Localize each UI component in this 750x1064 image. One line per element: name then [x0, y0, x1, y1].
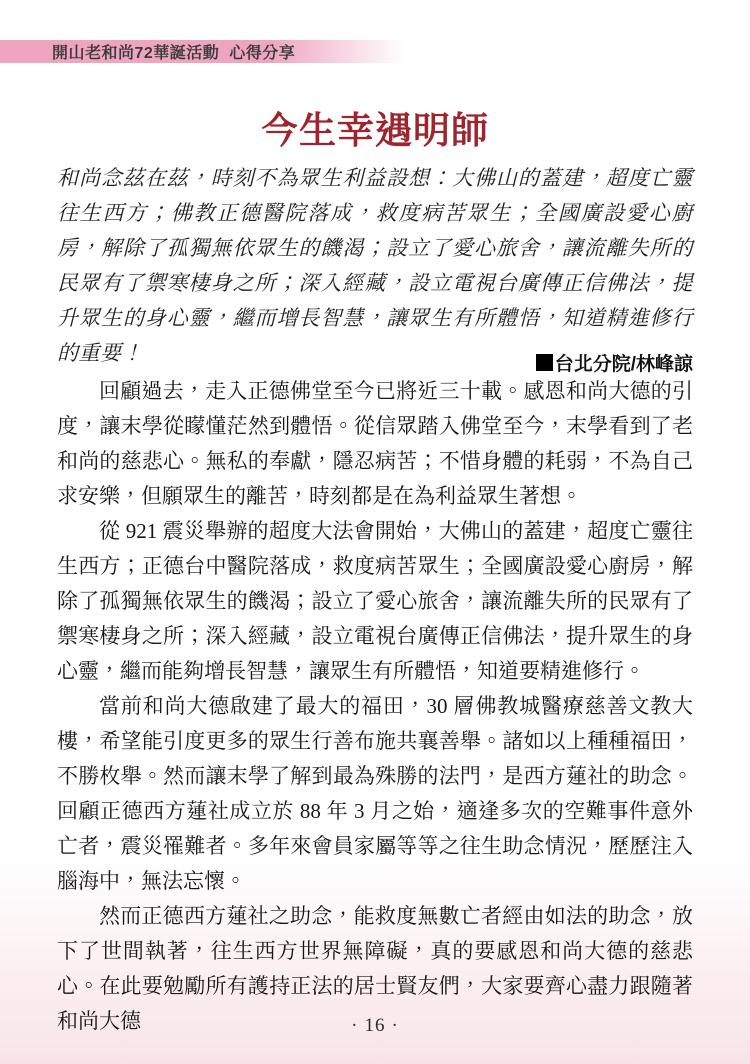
document-page: 開山老和尚72華誕活動 心得分享 今生幸遇明師 和尚念茲在茲，時刻不為眾生利益設… — [0, 0, 750, 1064]
article-title: 今生幸遇明師 — [0, 100, 750, 154]
page-number: ·16· — [0, 1015, 750, 1037]
page-number-left-dot: · — [345, 1015, 364, 1036]
author-name: 台北分院/林峰諒 — [555, 354, 693, 375]
article-body: 回顧過去，走入正德佛堂至今已將近三十載。感恩和尚大德的引度，讓末學從矇懂茫然到體… — [57, 374, 693, 1039]
page-header-band: 開山老和尚72華誕活動 心得分享 — [0, 40, 750, 63]
author-line: 台北分院/林峰諒 — [57, 349, 693, 376]
body-paragraph: 回顧過去，走入正德佛堂至今已將近三十載。感恩和尚大德的引度，讓末學從矇懂茫然到體… — [57, 374, 693, 514]
header-title: 開山老和尚72華誕活動 心得分享 — [0, 40, 295, 63]
page-number-right-dot: · — [386, 1015, 405, 1036]
body-paragraph: 當前和尚大德啟建了最大的福田，30 層佛教城醫療慈善文教大樓，希望能引度更多的眾… — [57, 689, 693, 899]
intro-paragraph: 和尚念茲在茲，時刻不為眾生利益設想：大佛山的蓋建，超度亡靈往生西方；佛教正德醫院… — [57, 161, 693, 371]
page-number-value: 16 — [365, 1015, 386, 1036]
black-square-icon — [536, 354, 553, 371]
body-paragraph: 從 921 震災舉辦的超度大法會開始，大佛山的蓋建，超度亡靈往生西方；正德台中醫… — [57, 514, 693, 689]
